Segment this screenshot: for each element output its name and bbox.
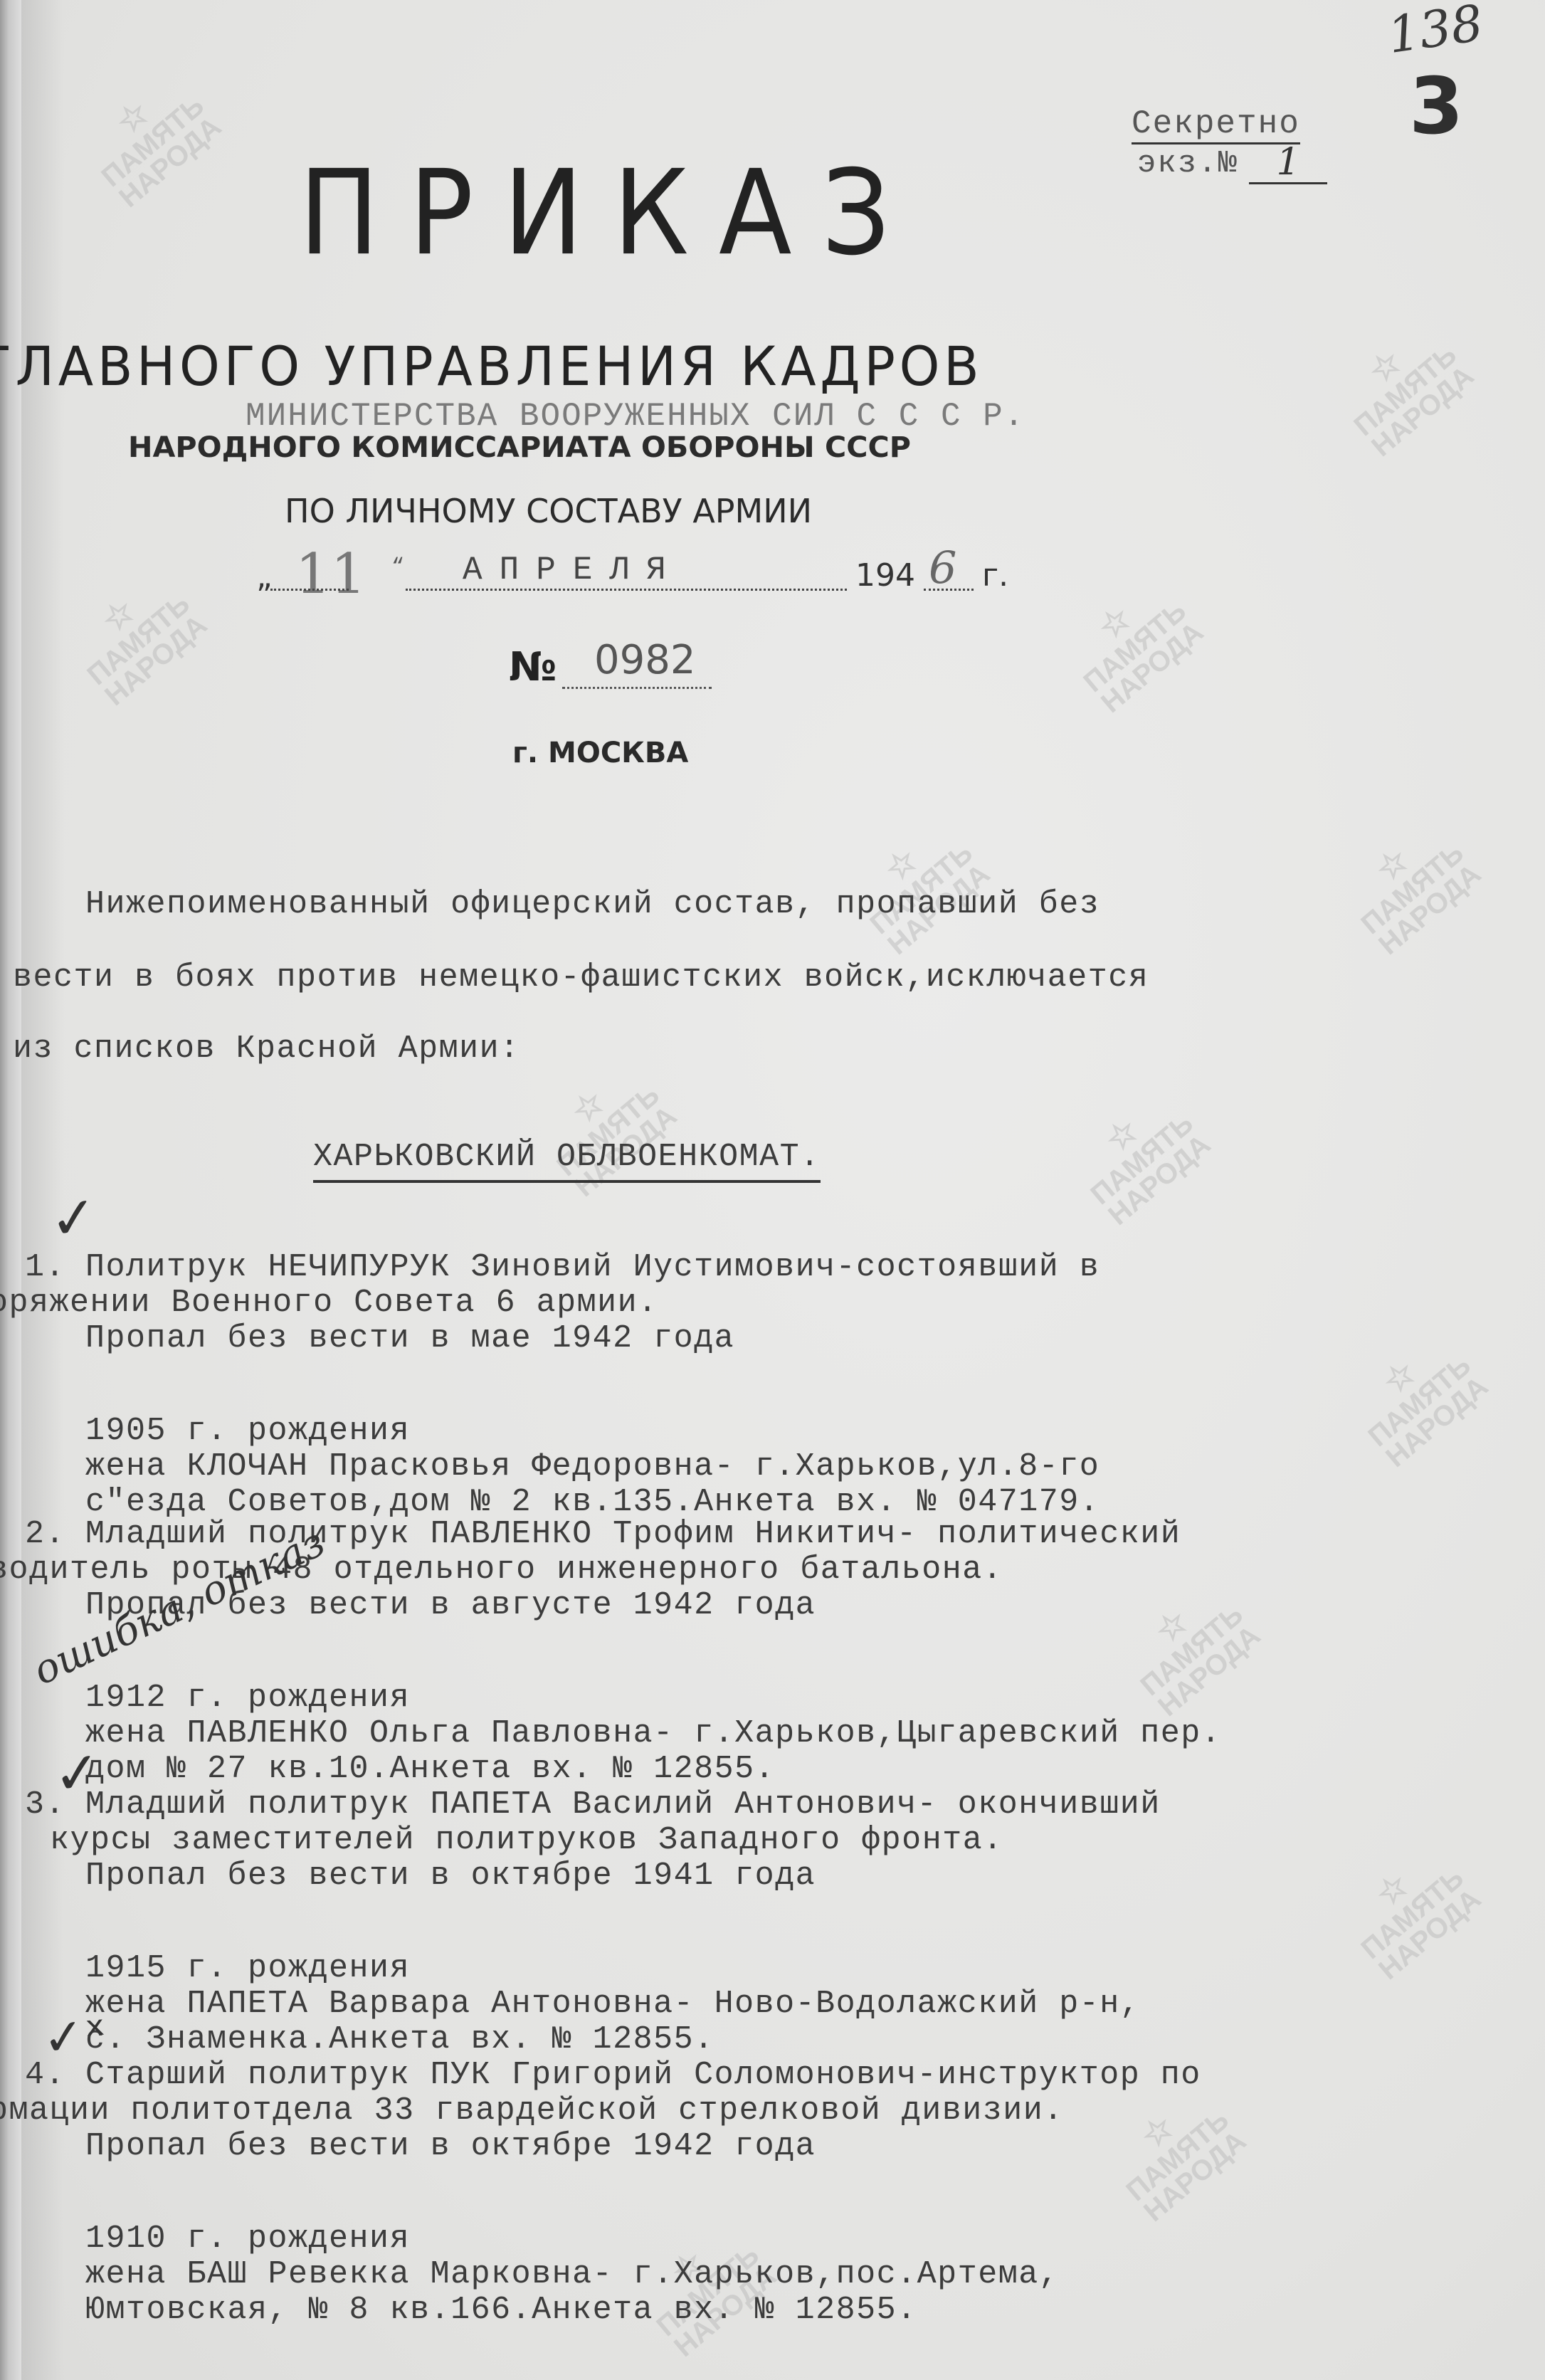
checkmark-x-icon: ✓ˣ xyxy=(41,2004,110,2068)
item-line: распоряжении Военного Совета 6 армии. xyxy=(0,1285,658,1322)
date-day-line xyxy=(270,589,349,591)
order-date: „ 11 “ АПРЕЛЯ 194 6 г. xyxy=(256,552,1011,601)
issuer-department: ПО ЛИЧНОМУ СОСТАВУ АРМИИ xyxy=(285,491,812,531)
sheet-number: 3 xyxy=(1409,60,1464,152)
date-close-quote: “ xyxy=(391,555,404,579)
date-year-line xyxy=(924,589,974,591)
item-line: жена КЛОЧАН Прасковья Федоровна- г.Харьк… xyxy=(85,1448,1100,1485)
item-line: Пропал без вести в мае 1942 года xyxy=(85,1320,734,1357)
date-year-prefix: 194 xyxy=(855,557,915,594)
document-title: ПРИКАЗ xyxy=(299,147,920,280)
issuer-line-main: ГЛАВНОГО УПРАВЛЕНИЯ КАДРОВ xyxy=(0,335,983,399)
issuer-commissariat-struck: НАРОДНОГО КОМИССАРИАТА ОБОРОНЫ СССР xyxy=(128,430,911,465)
item-number: 1. xyxy=(25,1249,65,1286)
order-number-line xyxy=(562,687,712,689)
copy-number-value: 1 xyxy=(1249,142,1327,184)
item-line: курсы заместителей политруков Западного … xyxy=(50,1822,1003,1859)
item-line: 1905 г. рождения xyxy=(85,1413,410,1450)
section-heading: ХАРЬКОВСКИЙ ОБЛВОЕНКОМАТ. xyxy=(313,1139,821,1183)
item-line: жена ПАПЕТА Варвара Антоновна- Ново-Водо… xyxy=(85,1986,1140,2023)
item-line: Пропал без вести в октябре 1942 года xyxy=(85,2128,816,2165)
item-line: 1910 г. рождения xyxy=(85,2221,410,2258)
intro-line-3: из списков Красной Армии: xyxy=(13,1031,520,1068)
item-line: Политрук НЕЧИПУРУК Зиновий Иустимович-со… xyxy=(85,1249,1100,1286)
item-line: с. Знаменка.Анкета вх. № 12855. xyxy=(85,2021,715,2058)
date-month: АПРЕЛЯ xyxy=(463,552,683,589)
date-day-handwritten: 11 xyxy=(295,546,366,603)
issue-city: г. МОСКВА xyxy=(512,737,688,769)
item-line: жена БАШ Ревекка Марковна- г.Харьков,пос… xyxy=(85,2256,1059,2293)
copy-number-label: экз.№ xyxy=(1137,146,1238,181)
date-year-suffix: г. xyxy=(982,557,1008,594)
item-line: 1912 г. рождения xyxy=(85,1680,410,1717)
intro-line-1: Нижепоименованный офицерский состав, про… xyxy=(85,886,1100,923)
item-line: Юмтовская, № 8 кв.166.Анкета вх. № 12855… xyxy=(85,2292,917,2329)
item-number: 2. xyxy=(25,1516,65,1553)
issuer-ministry-stamp: МИНИСТЕРСТВА ВООРУЖЕННЫХ СИЛ С С С Р. xyxy=(246,399,1025,434)
checkmark-icon: ✓ xyxy=(47,1183,100,1253)
classification-label: Секретно xyxy=(1132,105,1300,144)
item-line: дом № 27 кв.10.Анкета вх. № 12855. xyxy=(85,1751,775,1788)
item-line: жена ПАВЛЕНКО Ольга Павловна- г.Харьков,… xyxy=(85,1715,1221,1752)
order-number-value: 0982 xyxy=(594,637,696,683)
date-year-handwritten: 6 xyxy=(929,542,956,594)
item-line: Пропал без вести в октябре 1941 года xyxy=(85,1858,816,1895)
date-month-line xyxy=(406,589,847,591)
checkmark-icon: ✓ xyxy=(51,1738,104,1808)
intro-line-2: вести в боях против немецко-фашистских в… xyxy=(13,959,1149,996)
order-number-label: № xyxy=(509,644,557,690)
item-line: руководитель роты 48 отдельного инженерн… xyxy=(0,1552,1003,1589)
item-line: 1915 г. рождения xyxy=(85,1950,410,1987)
item-line: Младший политрук ПАПЕТА Василий Антонови… xyxy=(85,1786,1161,1823)
item-line: Старший политрук ПУК Григорий Соломонови… xyxy=(85,2057,1201,2094)
item-line: информации политотдела 33 гвардейской ст… xyxy=(0,2092,1064,2129)
